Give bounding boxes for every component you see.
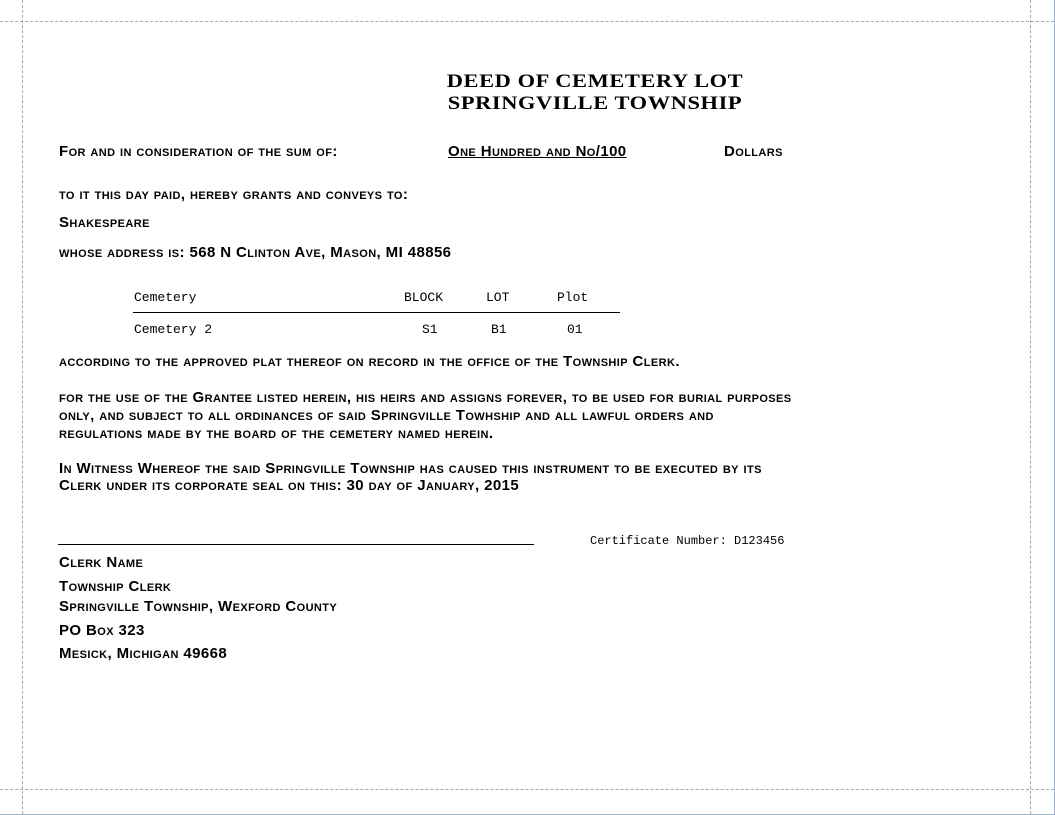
grantee-name: Shakespeare (59, 214, 150, 232)
use-text-line-1: for the use of the Grantee listed herein… (59, 389, 792, 407)
currency-label: Dollars (724, 143, 783, 161)
witness-text-line-2: Clerk under its corporate seal on this: … (59, 477, 519, 495)
table-header-plot: Plot (557, 290, 588, 306)
clerk-name: Clerk Name (59, 554, 143, 572)
clerk-organization: Springville Township, Wexford County (59, 598, 337, 616)
margin-guide-left (22, 0, 23, 814)
table-header-cemetery: Cemetery (134, 290, 196, 306)
table-header-rule (133, 312, 620, 313)
deed-title: Deed of Cemetery Lot (341, 71, 848, 93)
cell-plot: 01 (567, 322, 583, 338)
cell-lot: B1 (491, 322, 507, 338)
use-text-line-3: regulations made by the board of the cem… (59, 425, 493, 443)
clerk-title: Township Clerk (59, 578, 171, 596)
cell-cemetery: Cemetery 2 (134, 322, 212, 338)
margin-guide-top (0, 21, 1054, 22)
margin-guide-bottom (0, 789, 1054, 790)
address-value: 568 N Clinton Ave, Mason, MI 48856 (189, 244, 451, 261)
grant-text: to it this day paid, hereby grants and c… (59, 186, 408, 204)
witness-text-line-1: In Witness Whereof the said Springville … (59, 460, 762, 478)
clerk-po-box: PO Box 323 (59, 622, 145, 640)
cell-block: S1 (422, 322, 438, 338)
use-text-line-2: only, and subject to all ordinances of s… (59, 407, 714, 425)
certificate-label: Certificate Number: (590, 534, 727, 548)
margin-guide-right (1030, 0, 1031, 814)
consideration-label: For and in consideration of the sum of: (59, 143, 338, 161)
grantee-address: whose address is: 568 N Clinton Ave, Mas… (59, 244, 451, 262)
table-header-block: BLOCK (404, 290, 443, 306)
plat-text: according to the approved plat thereof o… (59, 353, 680, 371)
amount-words: One Hundred and No/100 (448, 143, 627, 161)
address-label: whose address is: (59, 244, 185, 261)
table-header-lot: LOT (486, 290, 509, 306)
signature-line (58, 544, 534, 545)
certificate-value: D123456 (734, 534, 784, 548)
certificate-number: Certificate Number: D123456 (590, 533, 784, 549)
clerk-city-state-zip: Mesick, Michigan 49668 (59, 645, 227, 663)
township-title: Springville Township (341, 93, 848, 115)
document-page: Deed of Cemetery Lot Springville Townshi… (0, 0, 1055, 815)
